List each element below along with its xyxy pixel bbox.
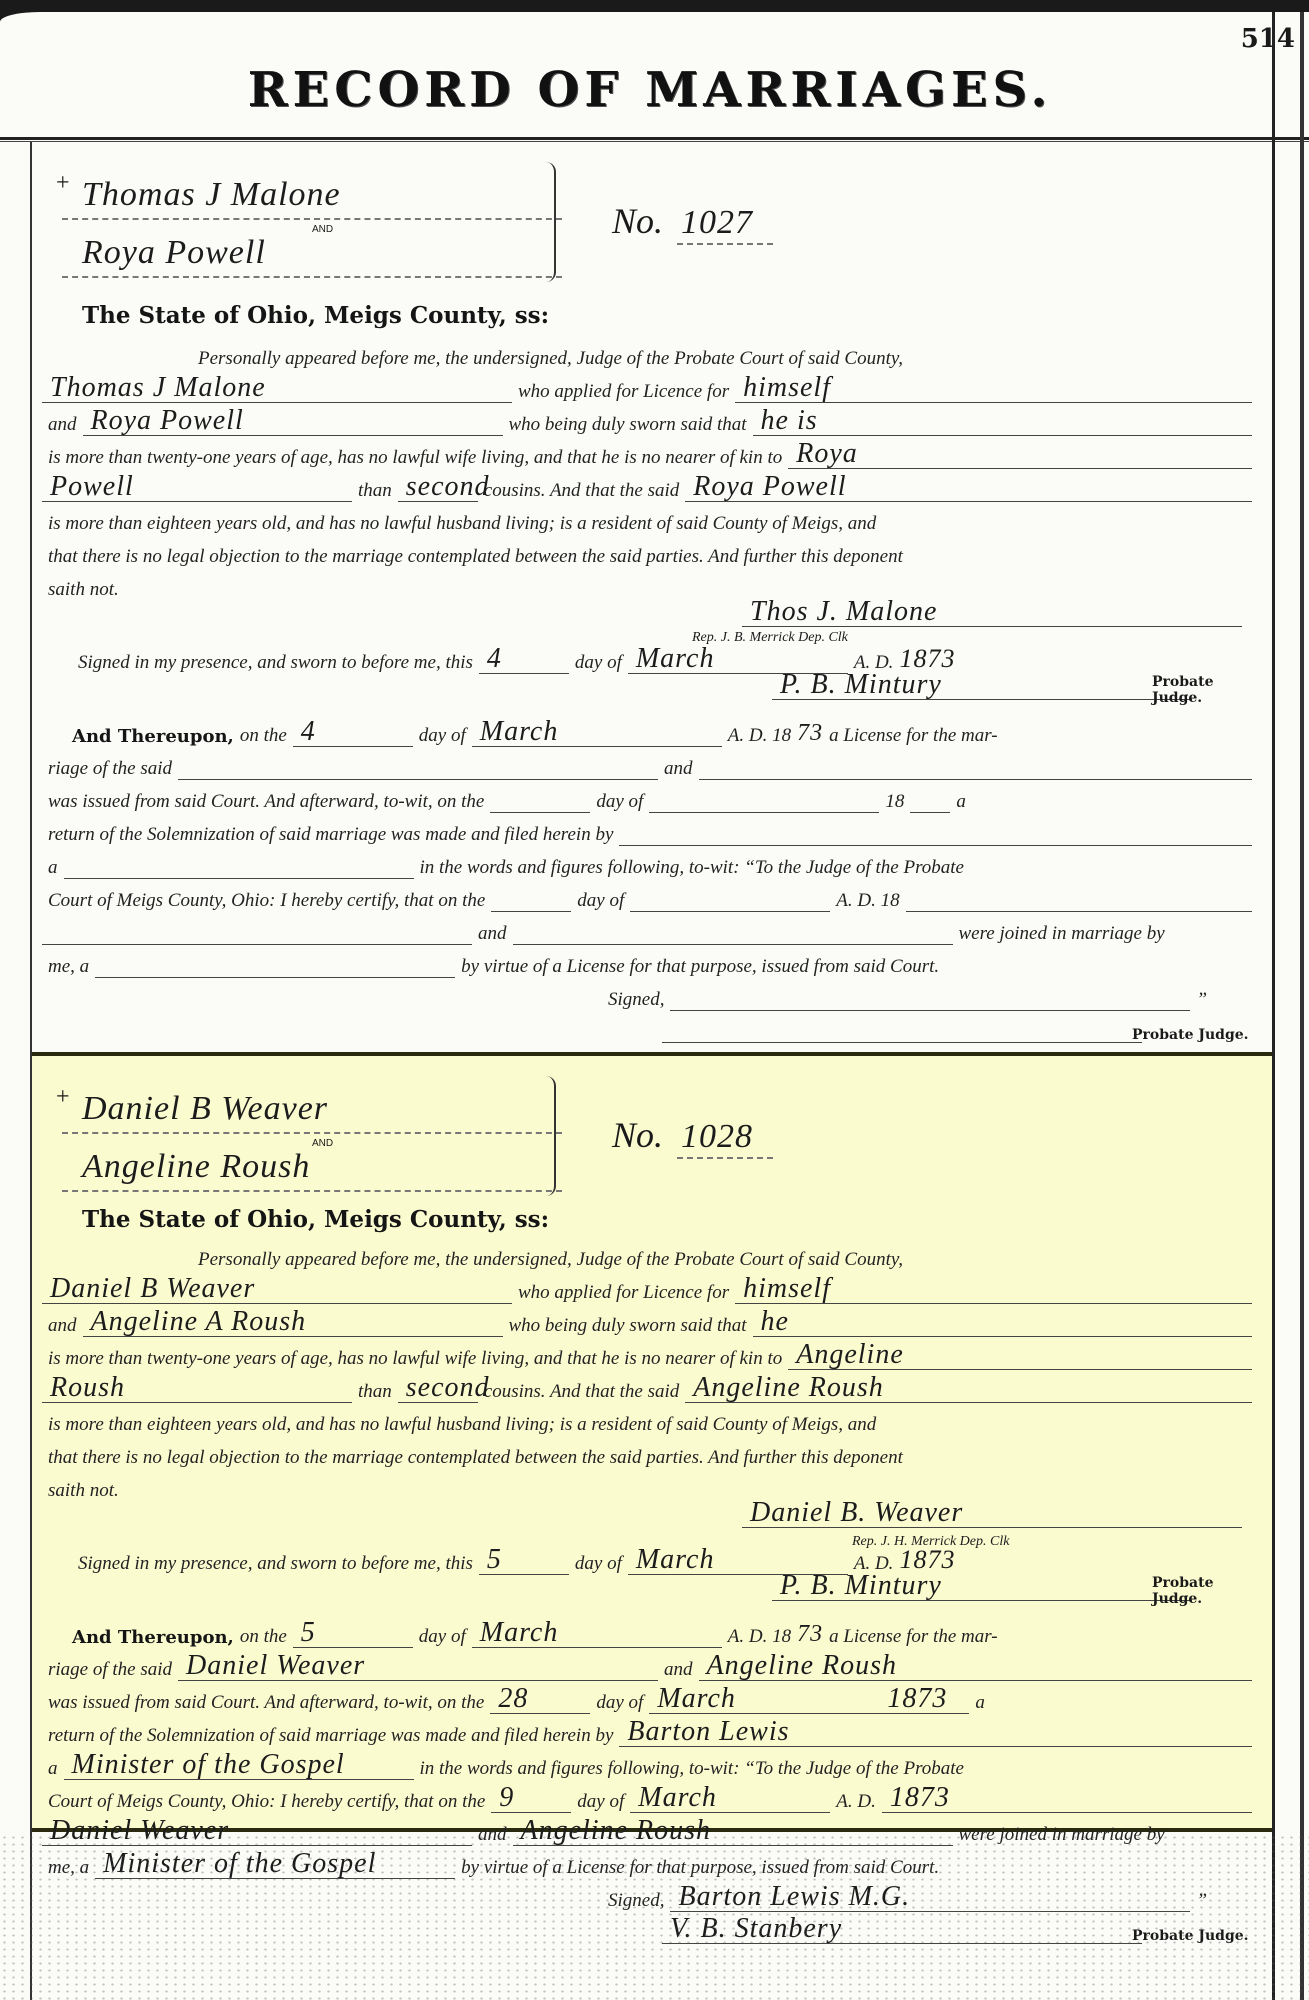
applied-for-field: himself bbox=[735, 377, 1252, 403]
couple-names: + Daniel B Weaver Angeline Roush AND bbox=[62, 1076, 562, 1192]
state-heading: The State of Ohio, Meigs County, ss: bbox=[82, 1206, 549, 1233]
return-year-field bbox=[910, 787, 950, 813]
license-number: No. 1028 bbox=[612, 1114, 773, 1156]
return-month-field bbox=[649, 787, 879, 813]
right-margin-rule bbox=[1272, 12, 1275, 2000]
license-groom-field bbox=[178, 754, 658, 780]
and-label: AND bbox=[312, 224, 333, 235]
thereupon-day-field: 4 bbox=[293, 721, 413, 747]
state-heading: The State of Ohio, Meigs County, ss: bbox=[82, 302, 549, 329]
cert-month-field: March bbox=[630, 1787, 830, 1813]
sworn-said-field: he is bbox=[753, 410, 1252, 436]
filed-by-field bbox=[619, 820, 1252, 846]
said-party-field: Angeline Roush bbox=[685, 1377, 1252, 1403]
cert-year-field: 1873 bbox=[882, 1787, 1252, 1813]
license-number-value: 1027 bbox=[677, 204, 773, 245]
thereupon-day-field: 5 bbox=[293, 1622, 413, 1648]
groom-name: Daniel B Weaver bbox=[82, 1090, 328, 1128]
page-edge-rule bbox=[1300, 12, 1304, 2000]
said-party-field: Roya Powell bbox=[685, 476, 1252, 502]
thereupon-month-field: March bbox=[472, 721, 722, 747]
joined-groom-field bbox=[42, 919, 472, 945]
and-label: AND bbox=[312, 1138, 333, 1149]
signed-by-field bbox=[670, 985, 1190, 1011]
sworn-day-field: 4 bbox=[479, 648, 569, 674]
judge-signature-field: P. B. Mintury bbox=[772, 674, 1192, 700]
brace bbox=[542, 162, 556, 282]
ledger-page: 514 RECORD OF MARRIAGES. + Thomas J Malo… bbox=[0, 12, 1309, 2000]
book-title: RECORD OF MARRIAGES. bbox=[230, 62, 1070, 118]
kin-to-field: Roya bbox=[788, 443, 1252, 469]
sworn-day-field: 5 bbox=[479, 1549, 569, 1575]
marriage-record-1028: + Daniel B Weaver Angeline Roush AND No.… bbox=[32, 1052, 1272, 1832]
thereupon-month-field: March bbox=[472, 1622, 722, 1648]
brace bbox=[542, 1076, 556, 1196]
applicant-field: Thomas J Malone bbox=[42, 377, 512, 403]
license-bride-field: Angeline Roush bbox=[699, 1655, 1252, 1681]
return-month-field: March bbox=[649, 1688, 879, 1714]
cert-day-field: 9 bbox=[491, 1787, 571, 1813]
officiant-title-field bbox=[64, 853, 414, 879]
deputy-clerk-note: Rep. J. H. Merrick Dep. Clk bbox=[852, 1534, 1009, 1550]
deputy-clerk-note: Rep. J. B. Merrick Dep. Clk bbox=[692, 630, 848, 646]
judge-signature-field: P. B. Mintury bbox=[772, 1575, 1192, 1601]
and-party-field: Angeline A Roush bbox=[83, 1311, 503, 1337]
return-day-field bbox=[490, 787, 590, 813]
applicant-field: Daniel B Weaver bbox=[42, 1278, 512, 1304]
return-day-field: 28 bbox=[490, 1688, 590, 1714]
return-year-field: 1873 bbox=[879, 1688, 969, 1714]
license-number-value: 1028 bbox=[677, 1118, 773, 1159]
joined-bride-field bbox=[513, 919, 953, 945]
by-me-a-field bbox=[95, 952, 455, 978]
cross-mark: + bbox=[56, 170, 70, 197]
sworn-said-field: he bbox=[753, 1311, 1252, 1337]
bride-name: Angeline Roush bbox=[82, 1148, 310, 1186]
kin-to-cont-field: Powell bbox=[42, 476, 352, 502]
officiant-title-field: Minister of the Gospel bbox=[64, 1754, 414, 1780]
and-party-field: Roya Powell bbox=[83, 410, 503, 436]
couple-names: + Thomas J Malone Roya Powell AND bbox=[62, 162, 562, 278]
cert-month-field bbox=[630, 886, 830, 912]
probate-judge-signature-field bbox=[662, 1017, 1142, 1043]
kin-to-field: Angeline bbox=[788, 1344, 1252, 1370]
cousins-degree-field: second bbox=[398, 1377, 478, 1403]
page-bottom-margin bbox=[0, 1834, 1309, 2000]
groom-name: Thomas J Malone bbox=[82, 176, 341, 214]
license-groom-field: Daniel Weaver bbox=[178, 1655, 658, 1681]
kin-to-cont-field: Roush bbox=[42, 1377, 352, 1403]
page-number: 514 bbox=[1241, 24, 1295, 54]
cross-mark: + bbox=[56, 1084, 70, 1111]
filed-by-field: Barton Lewis bbox=[619, 1721, 1252, 1747]
license-number: No. 1027 bbox=[612, 200, 773, 242]
cert-year-field bbox=[906, 886, 1252, 912]
applied-for-field: himself bbox=[735, 1278, 1252, 1304]
cousins-degree-field: second bbox=[398, 476, 478, 502]
bride-name: Roya Powell bbox=[82, 234, 266, 272]
deponent-signature-field: Daniel B. Weaver bbox=[742, 1502, 1242, 1528]
marriage-record-1027: + Thomas J Malone Roya Powell AND No. 10… bbox=[32, 142, 1272, 1052]
deponent-signature-field: Thos J. Malone bbox=[742, 601, 1242, 627]
affidavit-text: Personally appeared before me, the under… bbox=[42, 337, 1252, 1057]
license-bride-field bbox=[699, 754, 1252, 780]
cert-day-field bbox=[491, 886, 571, 912]
